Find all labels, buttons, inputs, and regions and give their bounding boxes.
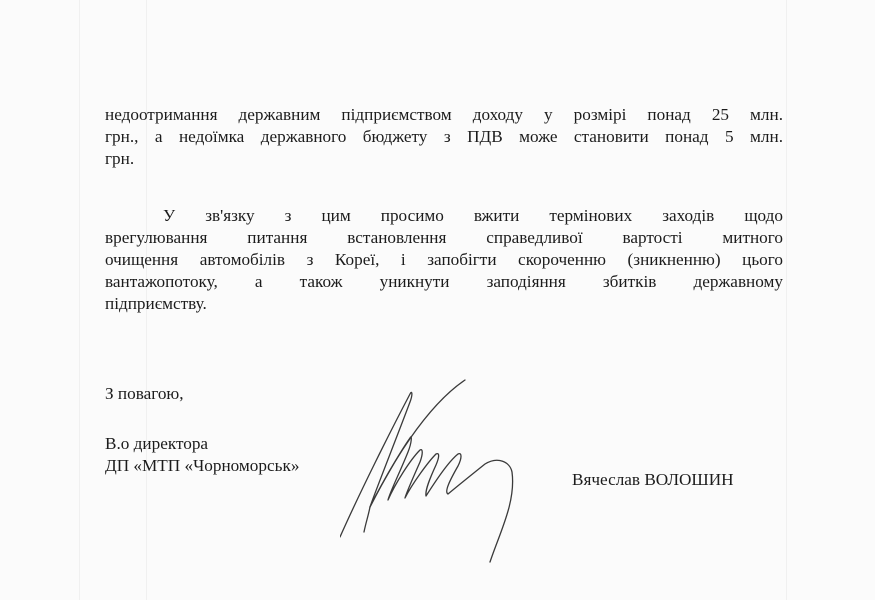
scan-artifact-line — [786, 0, 787, 600]
text-line: У зв'язку з цим просимо вжити термінових… — [105, 205, 783, 227]
signer-organization: ДП «МТП «Чорноморськ» — [105, 455, 299, 477]
signature-icon — [340, 372, 550, 568]
text-line: грн., а недоїмка державного бюджету з ПД… — [105, 126, 783, 148]
signer-position: В.о директора — [105, 433, 208, 455]
text-line: недоотримання державним підприємством до… — [105, 104, 783, 126]
salutation: З повагою, — [105, 383, 184, 405]
text-line: підприємству. — [105, 293, 783, 315]
scan-artifact-line — [79, 0, 80, 600]
text-line: вантажопотоку, а також уникнути заподіян… — [105, 271, 783, 293]
text-line: очищення автомобілів з Кореї, і запобігт… — [105, 249, 783, 271]
paragraph-request: У зв'язку з цим просимо вжити термінових… — [105, 205, 783, 315]
signer-name: Вячеслав ВОЛОШИН — [572, 469, 734, 491]
text-line: грн. — [105, 148, 783, 170]
paragraph-revenue-loss: недоотримання державним підприємством до… — [105, 104, 783, 170]
text-line: врегулювання питання встановлення справе… — [105, 227, 783, 249]
